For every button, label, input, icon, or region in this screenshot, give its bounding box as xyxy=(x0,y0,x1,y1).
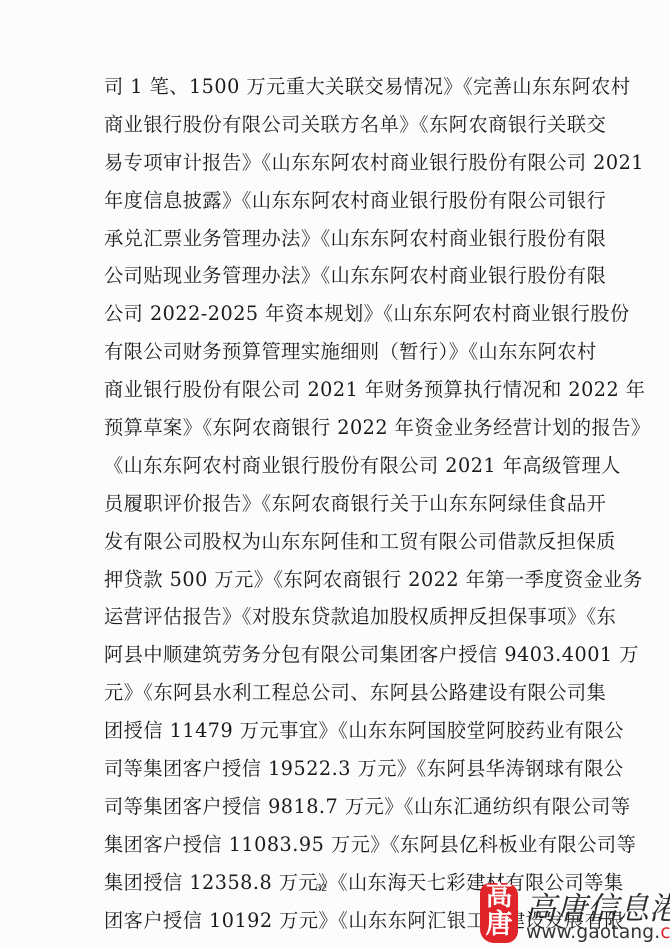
text-line: 年度信息披露》《山东东阿农村商业银行股份有限公司银行 xyxy=(104,186,576,224)
text-line: 阿县中顺建筑劳务分包有限公司集团客户授信 9403.4001 万 xyxy=(104,640,576,678)
brand-url: www.gaotang.cc xyxy=(526,922,670,943)
seal-char-bottom: 唐 xyxy=(480,911,518,939)
text-line: 承兑汇票业务管理办法》《山东东阿农村商业银行股份有限 xyxy=(104,224,576,262)
seal-char-top: 高 xyxy=(480,883,518,911)
text-line: 运营评估报告》《对股东贷款追加股权质押反担保事项》《东 xyxy=(104,602,576,640)
text-line: 团授信 11479 万元事宜》《山东东阿国胶堂阿胶药业有限公 xyxy=(104,716,576,754)
text-line: 商业银行股份有限公司关联方名单》《东阿农商银行关联交 xyxy=(104,110,576,148)
text-line: 员履职评价报告》《东阿农商银行关于山东东阿绿佳食品开 xyxy=(104,489,576,527)
text-line: 司等集团客户授信 9818.7 万元》《山东汇通纺织有限公司等 xyxy=(104,792,576,830)
body-text: 司 1 笔、1500 万元重大关联交易情况》《完善山东东阿农村商业银行股份有限公… xyxy=(104,72,576,943)
text-line: 押贷款 500 万元》《东阿农商银行 2022 年第一季度资金业务 xyxy=(104,565,576,603)
text-line: 预算草案》《东阿农商银行 2022 年资金业务经营计划的报告》 xyxy=(104,413,576,451)
text-line: 司等集团客户授信 19522.3 万元》《东阿县华涛钢球有限公 xyxy=(104,754,576,792)
text-line: 有限公司财务预算管理实施细则（暂行）》《山东东阿农村 xyxy=(104,337,576,375)
site-watermark: 高 唐 高唐信息港 www.gaotang.cc xyxy=(480,881,670,945)
text-line: 元》《东阿县水利工程总公司、东阿县公路建设有限公司集 xyxy=(104,678,576,716)
document-page: 司 1 笔、1500 万元重大关联交易情况》《完善山东东阿农村商业银行股份有限公… xyxy=(0,0,670,948)
text-line: 司 1 笔、1500 万元重大关联交易情况》《完善山东东阿农村 xyxy=(104,72,576,110)
page-number: 32 xyxy=(316,882,327,894)
seal-logo-icon: 高 唐 xyxy=(480,883,518,943)
text-line: 集团客户授信 11083.95 万元》《东阿县亿科板业有限公司等 xyxy=(104,830,576,868)
url-main: www.gaotang. xyxy=(526,922,660,943)
text-line: 《山东东阿农村商业银行股份有限公司 2021 年高级管理人 xyxy=(104,451,576,489)
text-line: 公司贴现业务管理办法》《山东东阿农村商业银行股份有限 xyxy=(104,261,576,299)
text-line: 公司 2022-2025 年资本规划》《山东东阿农村商业银行股份 xyxy=(104,299,576,337)
url-tld: cc xyxy=(660,922,670,943)
text-line: 发有限公司股权为山东东阿佳和工贸有限公司借款反担保质 xyxy=(104,527,576,565)
text-line: 商业银行股份有限公司 2021 年财务预算执行情况和 2022 年 xyxy=(104,375,576,413)
text-line: 易专项审计报告》《山东东阿农村商业银行股份有限公司 2021 xyxy=(104,148,576,186)
